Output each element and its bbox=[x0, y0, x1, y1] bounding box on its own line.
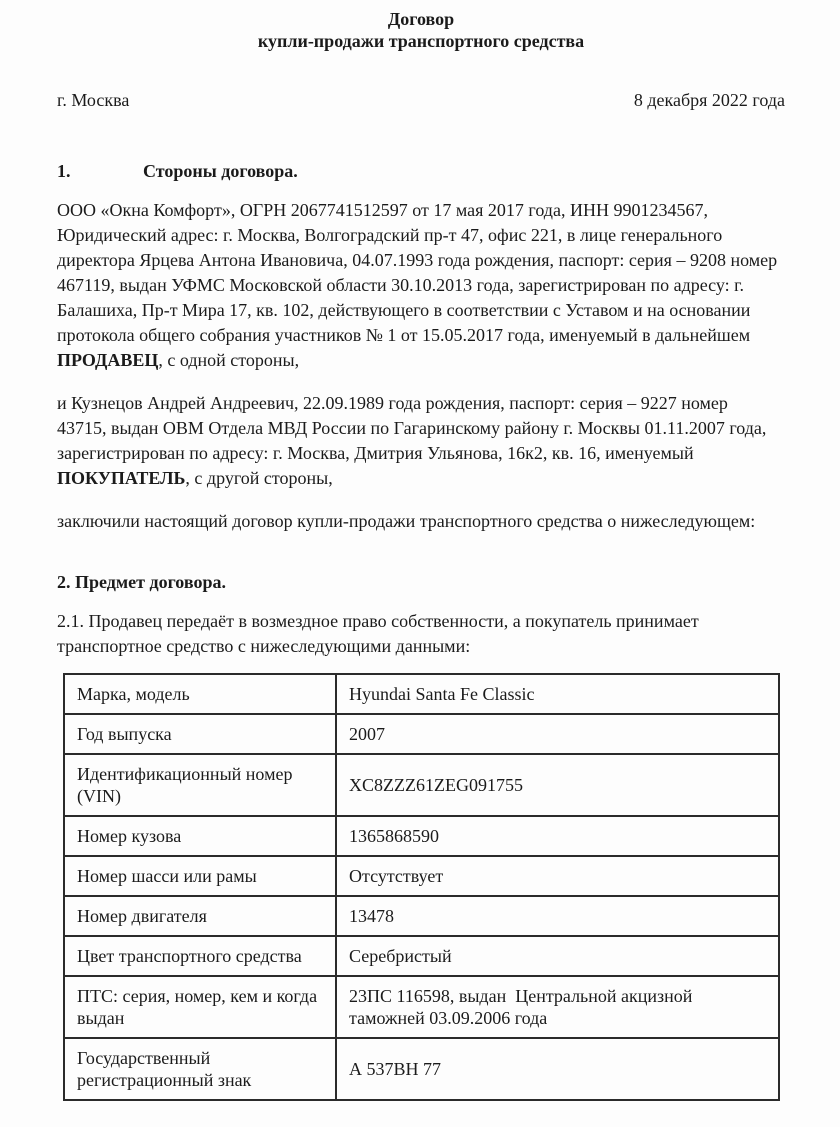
row-make-model: Марка, модель Hyundai Santa Fe Classic bbox=[64, 674, 779, 714]
row-plate-value: А 537ВН 77 bbox=[336, 1038, 779, 1100]
row-vin: Идентификационный номер (VIN) XC8ZZZ61ZE… bbox=[64, 754, 779, 816]
document-title: Договор купли-продажи транспортного сред… bbox=[57, 8, 785, 52]
row-pts: ПТС: серия, номер, кем и когда выдан 23П… bbox=[64, 976, 779, 1038]
seller-tail-text: , с одной стороны, bbox=[158, 350, 299, 370]
buyer-lead-text: и Кузнецов Андрей Андреевич, 22.09.1989 … bbox=[57, 393, 766, 463]
section-parties-number: 1. bbox=[57, 159, 143, 184]
doc-title-line-2: купли-продажи транспортного средства bbox=[57, 30, 785, 52]
row-engine-number: Номер двигателя 13478 bbox=[64, 896, 779, 936]
buyer-paragraph: и Кузнецов Андрей Андреевич, 22.09.1989 … bbox=[57, 391, 779, 491]
row-vin-value: XC8ZZZ61ZEG091755 bbox=[336, 754, 779, 816]
row-color-value: Серебристый bbox=[336, 936, 779, 976]
row-year-value: 2007 bbox=[336, 714, 779, 754]
row-body-number: Номер кузова 1365868590 bbox=[64, 816, 779, 856]
buyer-tail-text: , с другой стороны, bbox=[185, 468, 332, 488]
row-color-label: Цвет транспортного средства bbox=[64, 936, 336, 976]
doc-title-line-1: Договор bbox=[57, 8, 785, 30]
row-plate-label: Государственный регистрационный знак bbox=[64, 1038, 336, 1100]
row-pts-label: ПТС: серия, номер, кем и когда выдан bbox=[64, 976, 336, 1038]
clause-2-1-paragraph: 2.1. Продавец передаёт в возмездное прав… bbox=[57, 609, 779, 659]
row-year: Год выпуска 2007 bbox=[64, 714, 779, 754]
row-chassis-number-label: Номер шасси или рамы bbox=[64, 856, 336, 896]
row-make-model-label: Марка, модель bbox=[64, 674, 336, 714]
row-body-number-label: Номер кузова bbox=[64, 816, 336, 856]
row-year-label: Год выпуска bbox=[64, 714, 336, 754]
row-plate: Государственный регистрационный знак А 5… bbox=[64, 1038, 779, 1100]
row-chassis-number-value: Отсутствует bbox=[336, 856, 779, 896]
vehicle-table-body: Марка, модель Hyundai Santa Fe Classic Г… bbox=[64, 674, 779, 1100]
seller-role-term: ПРОДАВЕЦ bbox=[57, 350, 158, 370]
section-parties-heading: 1.Стороны договора. bbox=[57, 159, 785, 184]
row-chassis-number: Номер шасси или рамы Отсутствует bbox=[64, 856, 779, 896]
row-make-model-value: Hyundai Santa Fe Classic bbox=[336, 674, 779, 714]
document-page: Договор купли-продажи транспортного сред… bbox=[0, 0, 840, 1127]
row-engine-number-label: Номер двигателя bbox=[64, 896, 336, 936]
section-subject-heading: 2. Предмет договора. bbox=[57, 570, 785, 595]
row-color: Цвет транспортного средства Серебристый bbox=[64, 936, 779, 976]
vehicle-table: Марка, модель Hyundai Santa Fe Classic Г… bbox=[63, 673, 780, 1101]
seller-lead-text: ООО «Окна Комфорт», ОГРН 2067741512597 о… bbox=[57, 200, 777, 345]
buyer-role-term: ПОКУПАТЕЛЬ bbox=[57, 468, 185, 488]
seller-paragraph: ООО «Окна Комфорт», ОГРН 2067741512597 о… bbox=[57, 198, 779, 373]
place-label: г. Москва bbox=[57, 88, 129, 113]
row-body-number-value: 1365868590 bbox=[336, 816, 779, 856]
row-pts-value: 23ПС 116598, выдан Центральной акцизной … bbox=[336, 976, 779, 1038]
date-label: 8 декабря 2022 года bbox=[634, 88, 785, 113]
section-parties-title: Стороны договора. bbox=[143, 161, 298, 181]
row-engine-number-value: 13478 bbox=[336, 896, 779, 936]
row-vin-label: Идентификационный номер (VIN) bbox=[64, 754, 336, 816]
place-date-row: г. Москва 8 декабря 2022 года bbox=[57, 88, 785, 113]
conclusion-paragraph: заключили настоящий договор купли-продаж… bbox=[57, 509, 779, 534]
